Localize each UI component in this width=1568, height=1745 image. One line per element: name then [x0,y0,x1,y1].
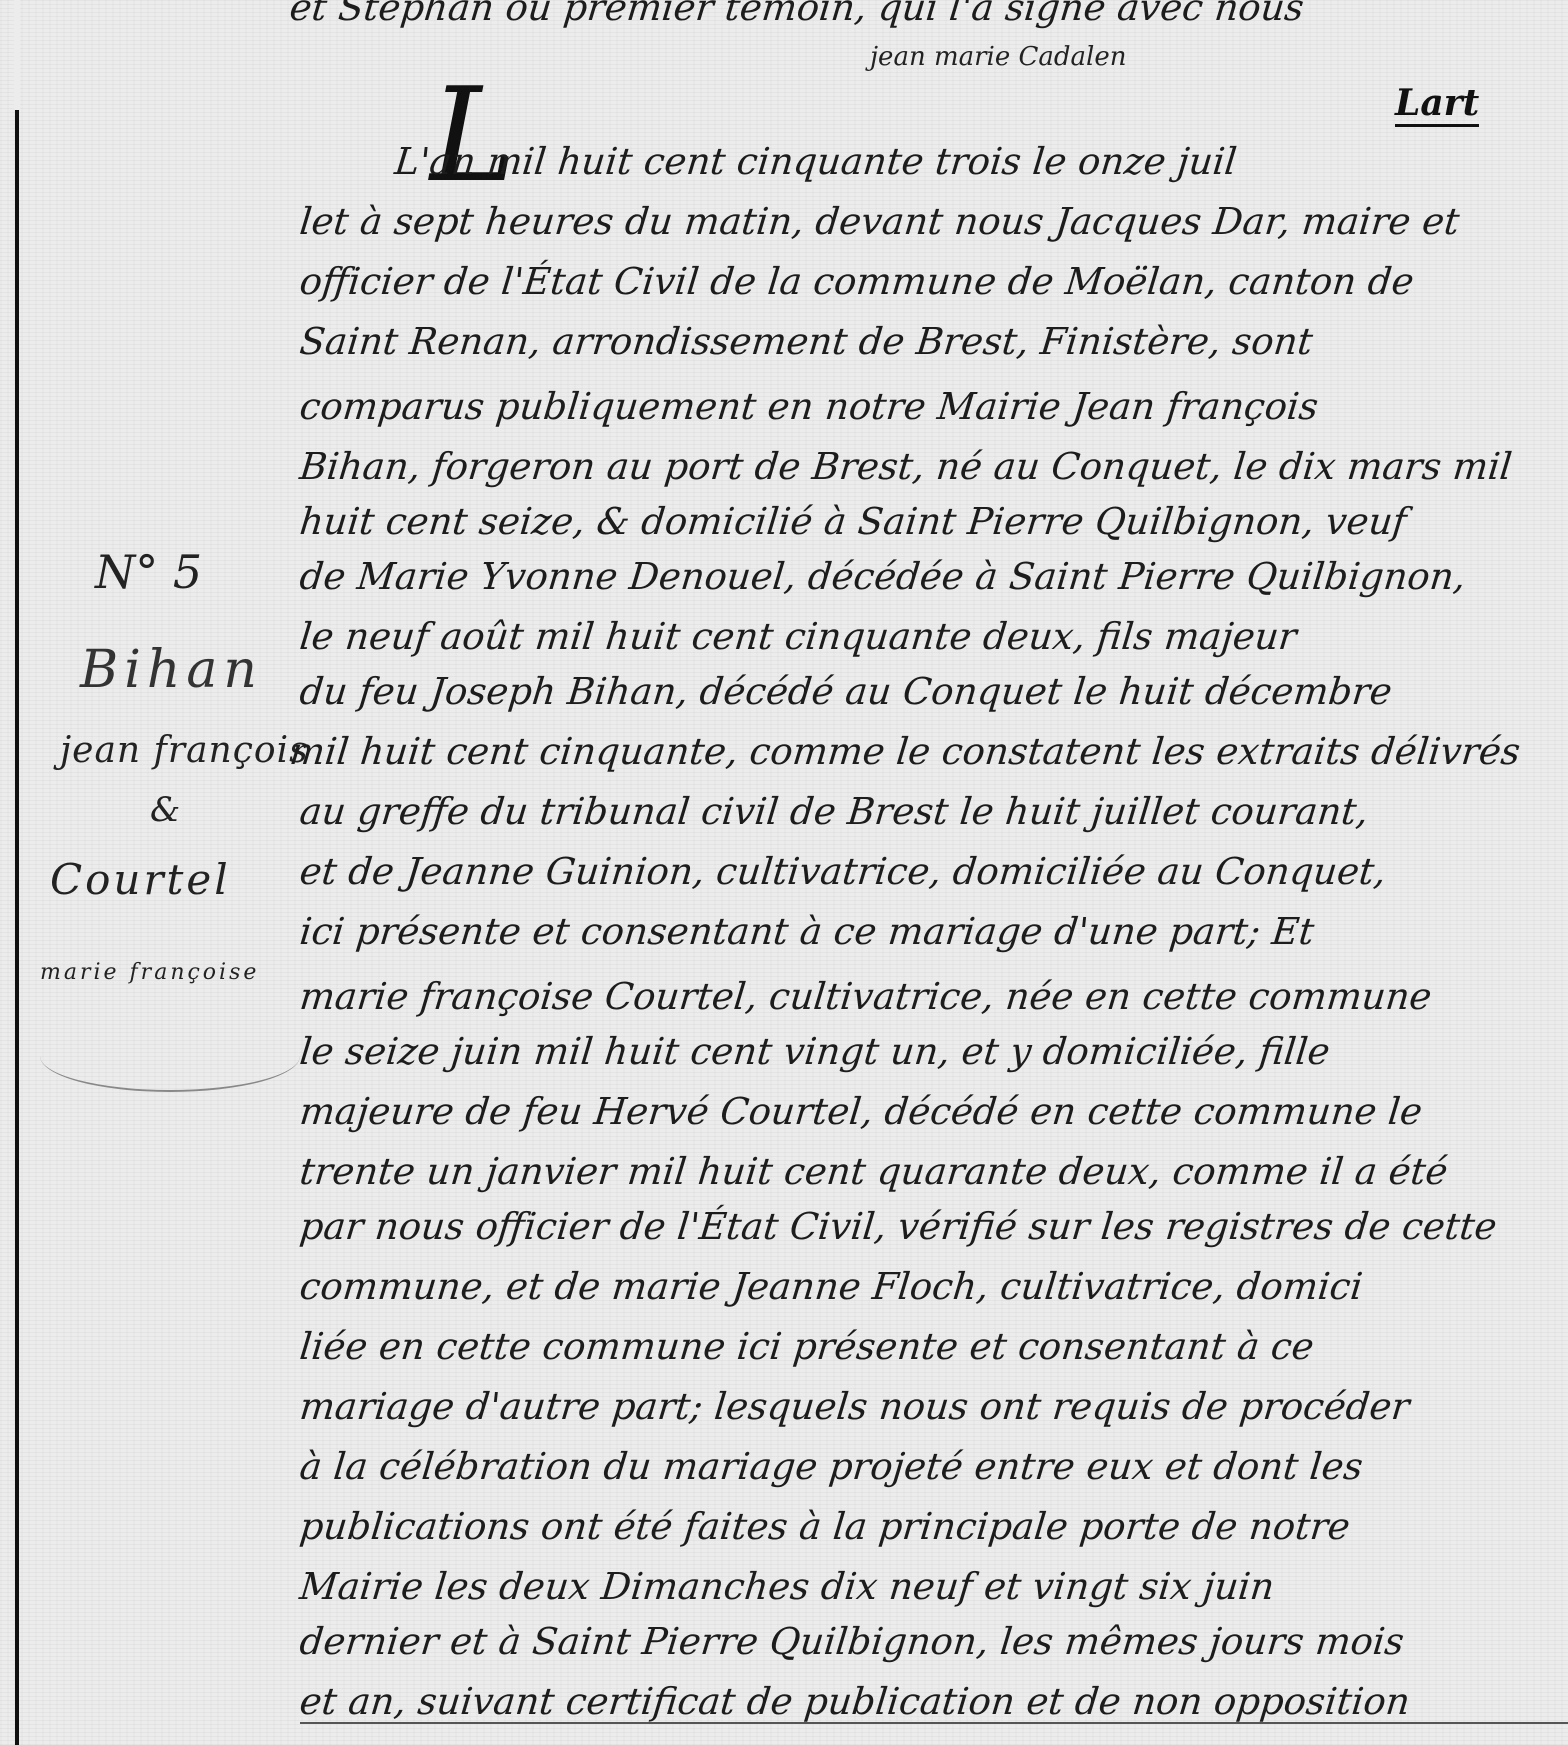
body-line: dernier et à Saint Pierre Quilbignon, le… [298,1620,1406,1663]
body-line: L'an mil huit cent cinquante trois le on… [393,140,1239,183]
entry-number: N° 5 [95,545,202,599]
bride-surname: Courtel [50,855,231,904]
body-line: huit cent seize, & domicilié à Saint Pie… [298,500,1409,543]
body-line: mariage d'autre part; lesquels nous ont … [298,1385,1412,1428]
register-page: L jean marie Cadalen Lart N° 5 Bihan jea… [0,0,1568,1745]
margin-rule-line [15,0,19,1745]
margin-flourish [40,1020,300,1092]
groom-surname: Bihan [80,640,263,700]
body-line: commune, et de marie Jeanne Floch, culti… [298,1265,1365,1308]
margin-rule-gap [14,0,20,110]
bride-given-name: marie françoise [40,960,259,985]
body-line: le seize juin mil huit cent vingt un, et… [298,1030,1332,1073]
officer-signature: Lart [1395,82,1479,127]
body-line: et an, suivant certificat de publication… [298,1680,1412,1723]
body-line: marie françoise Courtel, cultivatrice, n… [298,975,1434,1018]
body-line: liée en cette commune ici présente et co… [298,1325,1316,1368]
body-line: Bihan, forgeron au port de Brest, né au … [298,445,1514,488]
body-line: officier de l'État Civil de la commune d… [298,260,1416,303]
body-line: comparus publiquement en notre Mairie Je… [298,385,1321,428]
witness-signature: jean marie Cadalen [870,42,1127,72]
body-line: let à sept heures du matin, devant nous … [298,200,1462,243]
body-line: mil huit cent cinquante, comme le consta… [288,730,1523,773]
bottom-rule-line [300,1722,1568,1724]
body-line: Saint Renan, arrondissement de Brest, Fi… [298,320,1315,363]
carryover-line: et Stephan ou premier témoin, qui l'a si… [288,0,1306,29]
body-line: et de Jeanne Guinion, cultivatrice, domi… [298,850,1388,893]
body-line: publications ont été faites à la princip… [298,1505,1352,1548]
margin-conjunction: & [150,790,180,830]
body-line: trente un janvier mil huit cent quarante… [298,1150,1450,1193]
body-line: à la célébration du mariage projeté entr… [298,1445,1365,1488]
body-line: de Marie Yvonne Denouel, décédée à Saint… [298,555,1468,598]
body-line: du feu Joseph Bihan, décédé au Conquet l… [298,670,1394,713]
body-line: au greffe du tribunal civil de Brest le … [298,790,1371,833]
body-line: ici présente et consentant à ce mariage … [298,910,1316,953]
body-line: majeure de feu Hervé Courtel, décédé en … [298,1090,1425,1133]
groom-given-name: jean françois [60,730,309,771]
body-line: Mairie les deux Dimanches dix neuf et vi… [298,1565,1277,1608]
body-line: le neuf août mil huit cent cinquante deu… [298,615,1299,658]
body-line: par nous officier de l'État Civil, vérif… [298,1205,1499,1248]
